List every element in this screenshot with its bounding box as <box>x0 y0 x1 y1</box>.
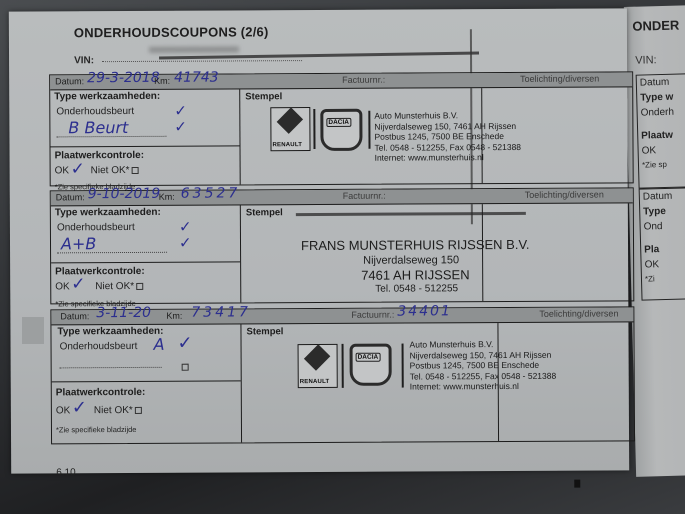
toelichting-section <box>482 203 634 301</box>
coupon-3: Datum: 3-11-20 Km: 73417 Factuurnr.: 344… <box>50 306 635 444</box>
facing-page-title: ONDER <box>632 18 679 34</box>
booklet-page: ONDERHOUDSCOUPONS (2/6) VIN: Datum: 29-3… <box>9 8 629 473</box>
stempel-label: Stempel <box>245 91 282 102</box>
stamp-section: Stempel RENAULT DACIA Auto Munsterhuis B… <box>241 323 464 442</box>
checkbox-icon <box>182 364 189 371</box>
dealer-stamp-street: Nijverdalseweg 150 <box>363 254 459 267</box>
checkbox-icon <box>132 167 139 174</box>
dacia-logo: DACIA <box>320 109 362 151</box>
onderhoudsbeurt-label: Onderhoudsbeurt <box>57 222 135 233</box>
plaatwerkcontrole-label: Plaatwerkcontrole: <box>56 387 146 398</box>
km-label: Km: <box>159 192 175 202</box>
footnote: *Zie specifieke bladzijde <box>56 425 137 434</box>
stempel-label: Stempel <box>246 326 283 337</box>
plaatwerkcontrole-label: Plaatwerkcontrole: <box>55 150 145 161</box>
dacia-logo: DACIA <box>350 344 392 386</box>
km-value: 41743 <box>174 70 219 86</box>
work-section: Type werkzaamheden: Onderhoudsbeurt A ✓ … <box>51 324 242 443</box>
datum-value: 29-3-2018 <box>87 70 160 86</box>
ok-label: OK <box>55 165 70 176</box>
toelichting-label: Toelichting/diversen <box>525 190 604 200</box>
renault-diamond-icon <box>277 107 303 133</box>
checkbox-icon <box>135 407 142 414</box>
factuurnr-value: 34401 <box>397 303 452 319</box>
coupon-2: Datum: 9-10-2019 Km: 63527 Factuurnr.: T… <box>50 187 635 304</box>
onderhoudsbeurt-label: Onderhoudsbeurt <box>56 106 134 117</box>
datum-value: 3-11-20 <box>96 305 151 321</box>
dealer-stamp-city: 7461 AH RIJSSEN <box>361 267 469 283</box>
plaatwerkcontrole-label: Plaatwerkcontrole: <box>55 266 145 277</box>
km-value: 63527 <box>181 185 241 201</box>
datum-label: Datum: <box>60 311 89 321</box>
facing-coupon-2: Datum Type Ond Pla OK *Zi <box>639 187 685 301</box>
werk-extra-value: A+B <box>61 234 96 253</box>
ok-label: OK <box>55 281 70 292</box>
datum-label: Datum: <box>55 76 84 86</box>
dealer-stamp-phone: Tel. 0548 - 512255 <box>375 283 458 294</box>
factuurnr-label: Factuurnr.: <box>343 191 386 201</box>
toelichting-section <box>481 87 632 183</box>
onderhoudsbeurt-label: Onderhoudsbeurt <box>60 341 138 352</box>
page-title: ONDERHOUDSCOUPONS (2/6) <box>74 24 269 40</box>
checkmark-icon: ✓ <box>174 118 187 136</box>
checkbox-icon <box>136 283 143 290</box>
factuurnr-label: Factuurnr.: <box>351 310 394 320</box>
checkmark-icon: ✓ <box>72 397 87 418</box>
renault-logo: RENAULT <box>270 107 310 151</box>
km-label: Km: <box>166 311 182 321</box>
checkmark-icon: ✓ <box>71 159 85 179</box>
page-number: 6.10 <box>56 467 76 478</box>
niet-ok-option: Niet OK* <box>91 165 139 176</box>
renault-diamond-icon <box>304 344 330 370</box>
type-werkzaamheden-label: Type werkzaamheden: <box>55 207 161 219</box>
vin-field <box>102 60 302 62</box>
ink-stroke <box>159 51 479 59</box>
facing-page-vin: VIN: <box>635 54 657 67</box>
werk-extra-value: B Beurt <box>68 118 128 137</box>
work-section: Type werkzaamheden: Onderhoudsbeurt ✓ B … <box>50 89 240 185</box>
ok-label: OK <box>56 405 71 416</box>
facing-coupon-1: Datum Type w Onderh Plaatw OK *Zie sp <box>636 73 685 189</box>
coupon-1: Datum: 29-3-2018 Km: 41743 Factuurnr.: T… <box>49 71 634 186</box>
stamp-section: Stempel FRANS MUNSTERHUIS RIJSSEN B.V. N… <box>241 204 484 302</box>
niet-ok-option: Niet OK* <box>95 281 143 292</box>
side-tab <box>22 317 44 344</box>
werk-type-note: A <box>153 335 164 354</box>
renault-logo: RENAULT <box>298 344 338 388</box>
ink-smudge <box>149 46 239 52</box>
km-label: Km: <box>154 76 170 86</box>
stempel-label: Stempel <box>246 207 283 218</box>
checkmark-icon: ✓ <box>177 333 192 354</box>
checkmark-icon: ✓ <box>71 274 85 294</box>
toelichting-section <box>497 322 634 441</box>
stamp-section: Stempel RENAULT DACIA Auto Munsterhuis B… <box>240 88 482 184</box>
factuurnr-label: Factuurnr.: <box>342 75 385 85</box>
toelichting-label: Toelichting/diversen <box>520 74 599 84</box>
datum-value: 9-10-2019 <box>88 186 161 202</box>
km-value: 73417 <box>191 304 251 320</box>
page-marker <box>574 480 580 488</box>
vin-label: VIN: <box>74 55 94 66</box>
checkmark-icon: ✓ <box>179 234 192 252</box>
type-werkzaamheden-label: Type werkzaamheden: <box>54 91 160 103</box>
datum-label: Datum: <box>56 192 85 202</box>
toelichting-label: Toelichting/diversen <box>539 308 618 318</box>
work-section: Type werkzaamheden: Onderhoudsbeurt ✓ A+… <box>51 205 242 303</box>
type-werkzaamheden-label: Type werkzaamheden: <box>57 326 163 338</box>
niet-ok-option: Niet OK* <box>94 405 142 416</box>
